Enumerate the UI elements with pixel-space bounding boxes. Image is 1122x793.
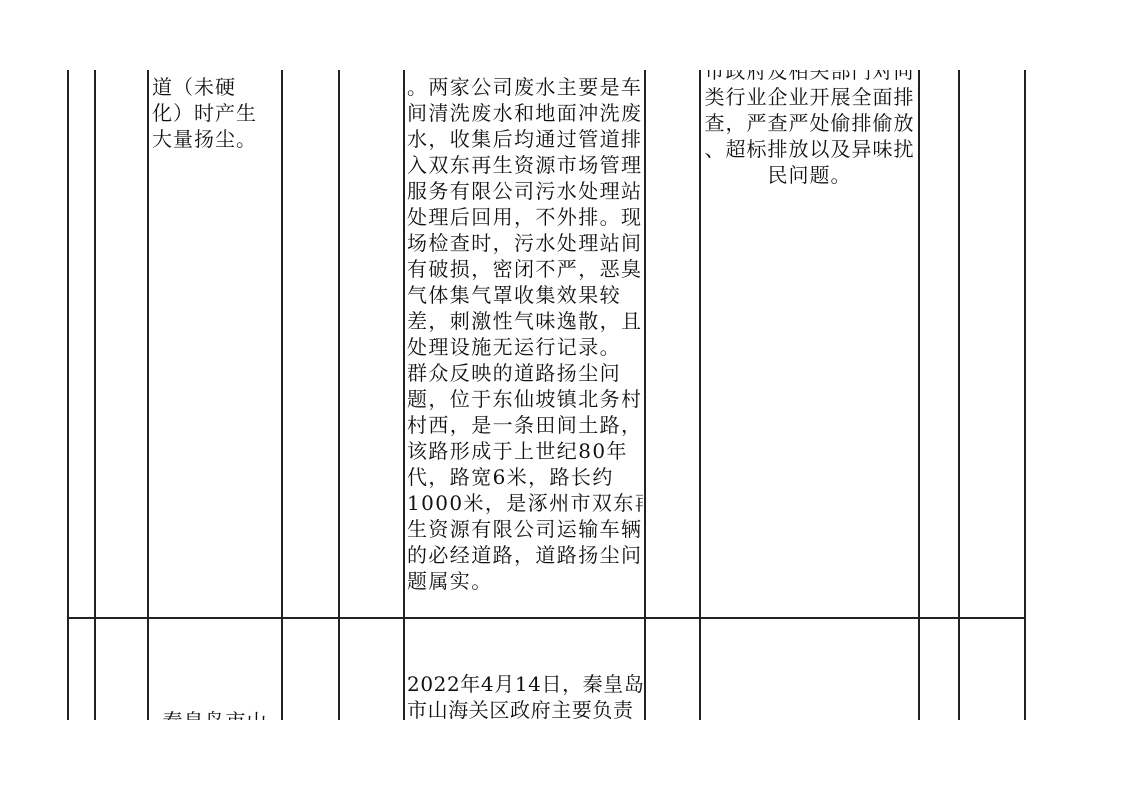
text-line: 群众反映的道路扬尘问: [407, 360, 643, 386]
text-line: 题属实。: [407, 568, 643, 594]
text-line: 该路形成于上世纪80年: [407, 438, 643, 464]
table-cell-issue-description: 秦皇岛市山: [150, 619, 280, 720]
text-line: 大量扬尘。: [152, 126, 278, 152]
text-line: 水，收集后均通过管道排: [407, 126, 643, 152]
text-line: 处理设施无运行记录。: [407, 334, 643, 360]
text-line: 市山海关区政府主要负责: [407, 697, 643, 720]
table-cell-issue-description: 道（未硬 化）时产生 大量扬尘。: [152, 74, 278, 152]
text-line: 秦皇岛市山: [150, 708, 280, 720]
text-line: 的必经道路，道路扬尘问: [407, 542, 643, 568]
text-line: 、超标排放以及异味扰: [702, 136, 917, 162]
table-border-left: [67, 70, 69, 720]
text-line: 化）时产生: [152, 100, 278, 126]
column-divider-3: [281, 70, 283, 720]
column-divider-8: [918, 70, 920, 720]
text-line: 类行业企业开展全面排: [702, 84, 917, 110]
table-cell-rectification-measures: 市政府及相关部门对同 类行业企业开展全面排 查，严查严处偷排偷放 、超标排放以及…: [702, 70, 917, 200]
text-line: 服务有限公司污水处理站: [407, 178, 643, 204]
text-line: 间清洗废水和地面冲洗废: [407, 100, 643, 126]
text-line: 气体集气罩收集效果较: [407, 282, 643, 308]
text-line: 代，路宽6米，路长约: [407, 464, 643, 490]
column-divider-2: [147, 70, 149, 720]
text-line: 生资源有限公司运输车辆: [407, 516, 643, 542]
text-line: 道（未硬: [152, 74, 278, 100]
table-cell-investigation-findings: 。两家公司废水主要是车 间清洗废水和地面冲洗废 水，收集后均通过管道排 入双东再…: [407, 74, 643, 594]
column-divider-7: [699, 70, 701, 720]
text-line: 。两家公司废水主要是车: [407, 74, 643, 100]
text-line: 题，位于东仙坡镇北务村: [407, 386, 643, 412]
text-line: 查，严查严处偷排偷放: [702, 110, 917, 136]
column-divider-6: [644, 70, 646, 720]
column-divider-9: [958, 70, 960, 720]
text-line: 2022年4月14日，秦皇岛: [407, 671, 643, 697]
text-line: 入双东再生资源市场管理: [407, 152, 643, 178]
table-border-right: [1024, 70, 1026, 720]
text-line: 处理后回用，不外排。现: [407, 204, 643, 230]
column-divider-1: [94, 70, 96, 720]
text-line: 差，刺激性气味逸散，且: [407, 308, 643, 334]
text-line: 市政府及相关部门对同: [702, 70, 917, 84]
text-line: 民问题。: [702, 162, 917, 188]
text-line: 有破损，密闭不严，恶臭: [407, 256, 643, 282]
text-line: 场检查时，污水处理站间: [407, 230, 643, 256]
column-divider-5: [403, 70, 405, 720]
text-line: 1000米，是涿州市双东再: [407, 490, 643, 516]
text-line: 村西，是一条田间土路，: [407, 412, 643, 438]
table-cell-investigation-findings: 2022年4月14日，秦皇岛 市山海关区政府主要负责: [407, 619, 643, 720]
column-divider-4: [338, 70, 340, 720]
